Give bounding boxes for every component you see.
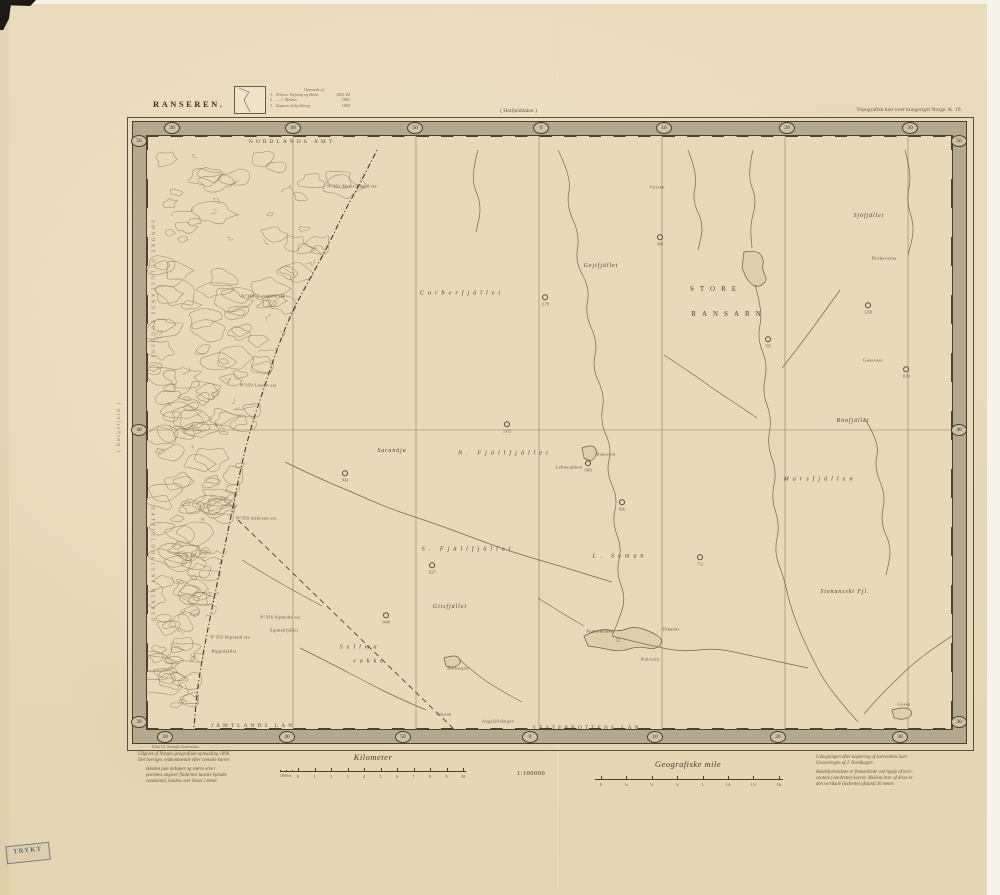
map-label: N°358 Anhosen sta	[236, 516, 277, 521]
elevation-value: 712	[697, 561, 703, 566]
map-label: Lebnespiken	[556, 465, 583, 470]
contour-line	[224, 310, 245, 320]
elevation-value: 1127	[428, 569, 436, 574]
scale-bar-tick-label: 1½	[751, 782, 756, 787]
contour-line	[154, 319, 176, 332]
elevation-value: 826	[619, 506, 625, 511]
terrain-stroke	[201, 557, 222, 563]
contour-line	[196, 392, 209, 402]
terrain-stroke	[159, 330, 163, 335]
elevation-point: 1127	[428, 562, 436, 574]
scale-bar-tick	[779, 776, 780, 780]
elevation-point: 1178	[541, 294, 549, 306]
publisher-note: Udgivet af Norges geografiske opmaaling …	[138, 752, 230, 764]
grid-number-top: 10	[656, 122, 672, 134]
contour-line	[280, 262, 313, 282]
contour-line	[181, 557, 206, 570]
elevation-value: 1103	[902, 373, 910, 378]
map-label: vakke	[353, 658, 387, 665]
border-source-note: Efter Gl. Svenske Kartverker.	[152, 744, 199, 749]
scale-bar-subtick	[292, 770, 293, 773]
map-label: Kultsjön	[641, 657, 659, 662]
contour-line	[235, 463, 244, 468]
contour-line	[298, 174, 325, 188]
grid-number-bottom: 10	[647, 731, 663, 743]
terrain-stroke	[227, 237, 233, 241]
contour-line	[170, 189, 183, 196]
scale-bar-tick	[677, 776, 678, 780]
map-label: Borkasjön	[447, 666, 469, 671]
amt-label: NORDLANDS AMT	[249, 139, 335, 145]
contour-line	[196, 283, 234, 298]
terrain-stroke	[227, 502, 237, 508]
river	[285, 462, 612, 582]
contour-line	[156, 152, 177, 167]
map-label: Stenunsskt Fjl.	[820, 589, 869, 595]
contour-line	[193, 495, 231, 514]
terrain-stroke	[234, 405, 256, 410]
terrain-stroke	[208, 592, 218, 595]
elevation-point: 1258	[864, 302, 872, 314]
contour-line	[228, 306, 249, 316]
map-label: Sellma	[340, 644, 381, 651]
terrain-stroke	[172, 577, 178, 585]
map-label: Gitsfjället	[433, 604, 467, 610]
terrain-stroke	[213, 198, 219, 204]
elevation-value: 1178	[541, 301, 549, 306]
elevation-symbol	[903, 366, 909, 372]
elevation-point: 1046	[382, 612, 390, 624]
elevation-point: 1312	[503, 421, 511, 433]
lake	[582, 446, 597, 461]
contour-line	[270, 296, 295, 314]
scale-bar-tick-label: ¼	[625, 782, 628, 787]
scale-bar-tick	[331, 768, 332, 772]
contour-line	[175, 222, 198, 233]
map-label: Gausvare	[863, 358, 883, 363]
elevation-point: 826	[619, 499, 625, 511]
contour-line	[198, 175, 236, 193]
elevation-symbol	[383, 612, 389, 618]
map-label: Ranseren	[596, 452, 616, 457]
contour-line	[147, 365, 159, 371]
mile-scale-title: Geografiske mile	[655, 759, 721, 769]
district-label-left-bottom: HATFJELDDALENS HERRED	[150, 506, 155, 624]
contour-line	[233, 370, 248, 379]
map-label: Rönfjället	[837, 418, 870, 424]
terrain-stroke	[172, 209, 194, 216]
contour-line	[163, 198, 178, 207]
scale-bar-tick	[397, 768, 398, 772]
scale-bar-tick	[381, 768, 382, 772]
scale-bar-tick	[447, 768, 448, 772]
adjoining-sheet-left: ( Børgefjeld )	[116, 402, 122, 453]
contour-line	[206, 475, 220, 483]
scale-bar-tick-label: 1¼	[725, 782, 730, 787]
elevation-symbol	[765, 336, 771, 342]
map-label: Gösen	[897, 702, 910, 707]
contour-line	[188, 218, 201, 225]
contour-line	[191, 201, 238, 223]
map-label: N. Fjällfjället	[458, 450, 552, 457]
scale-bar-tick	[463, 768, 464, 772]
scale-bar-line	[280, 771, 466, 772]
contour-line	[189, 308, 222, 329]
map-label: Gäutan	[436, 712, 451, 717]
map-label: Rippafjället	[211, 649, 236, 654]
contour-line	[196, 344, 210, 354]
contour-line	[215, 288, 254, 313]
grid-number-bottom: 30	[157, 731, 173, 743]
elevation-point: 968	[657, 234, 663, 246]
km-scale-title: Kilometer	[354, 752, 393, 762]
contour-line	[227, 327, 251, 340]
grid-number-top: 30	[902, 122, 918, 134]
grid-number-right: 40	[951, 424, 967, 436]
scale-bar-tick-label: 6	[396, 774, 398, 779]
grid-number-left: 40	[131, 424, 147, 436]
terrain-stroke	[201, 518, 204, 521]
terrain-stroke	[192, 154, 196, 158]
contour-line	[267, 213, 274, 216]
scale-bar-tick-label: 5	[379, 774, 381, 779]
elevation-symbol	[504, 421, 510, 427]
map-label: L. Seman	[592, 553, 647, 560]
grid-number-left: 50	[131, 135, 147, 147]
map-label: N°361 Marsvikfjeld sta	[327, 184, 377, 189]
elevation-symbol	[865, 302, 871, 308]
elevation-point: 1103	[902, 366, 910, 378]
scale-bar-tick-label: 9	[445, 774, 447, 779]
grid-number-bottom: 0	[522, 731, 538, 743]
scale-bar-tick	[298, 768, 299, 772]
terrain-stroke	[183, 367, 190, 374]
elevation-symbol	[697, 554, 703, 560]
scale-bar-tick	[414, 768, 415, 772]
scale-bar-unit: 5000 m	[280, 774, 292, 778]
mile-scale-bar: 0¼½¾11¼1½1¾	[595, 773, 783, 789]
river	[460, 660, 522, 702]
lake	[742, 251, 766, 286]
contour-line	[157, 425, 178, 442]
terrain-stroke	[282, 185, 293, 191]
map-label: STORE	[690, 285, 742, 293]
river	[538, 598, 584, 626]
contour-line	[198, 168, 224, 183]
engraver-note: Udtegningen efter kopiering af kartverke…	[816, 755, 976, 767]
grid-number-right: 50	[951, 135, 967, 147]
elevation-point: 712	[697, 554, 703, 566]
contour-line	[276, 266, 297, 279]
scale-bar-tick	[364, 768, 365, 772]
river	[473, 150, 480, 232]
scale-bar-tick-label: 8	[429, 774, 431, 779]
elevation-symbol	[542, 294, 548, 300]
map-label: Fatmomakke	[587, 629, 614, 634]
grid-number-right: 30	[951, 716, 967, 728]
district-label-left-top: SØNDRE HELGELANDS FOGDERI	[150, 220, 155, 360]
contour-line	[155, 448, 164, 453]
contour-line	[305, 236, 329, 255]
map-label: Carberfjället	[420, 290, 504, 297]
terrain-stroke	[305, 260, 314, 266]
contour-note: Høideforholdene er fremstillede ved hjæl…	[816, 770, 976, 789]
contour-line	[154, 286, 183, 304]
lake-island	[616, 638, 619, 641]
contour-line	[195, 448, 229, 472]
contour-line	[183, 397, 191, 401]
elevation-symbol	[657, 234, 663, 240]
terrain-stroke	[181, 611, 184, 614]
contour-line	[215, 412, 247, 429]
contour-line	[178, 236, 189, 243]
map-label: N°356 Sipmeke sta	[260, 615, 301, 620]
contour-line	[154, 575, 174, 587]
contour-line	[190, 320, 225, 342]
grid-number-bottom: 30	[892, 731, 908, 743]
scale-bar-tick	[430, 768, 431, 772]
map-label: N°360 Bonnfjeld sta	[241, 294, 285, 299]
scale-bar-tick	[753, 776, 754, 780]
terrain-stroke	[225, 378, 231, 384]
river	[864, 628, 964, 714]
elevation-symbol	[585, 460, 591, 466]
contour-line	[141, 341, 174, 360]
elevation-value: 968	[657, 241, 663, 246]
contour-line	[299, 226, 310, 231]
grid-number-left: 30	[131, 716, 147, 728]
publisher-line: Det Sveriges vedkommende efter svenske k…	[138, 758, 230, 764]
contour-line	[183, 502, 201, 514]
map-label: Saranäja	[377, 448, 406, 454]
map-label: N°359 Lassen sta	[239, 383, 276, 388]
elevation-symbol	[429, 562, 435, 568]
map-label: N°355 Ripsund sta	[210, 635, 250, 640]
contour-line	[248, 335, 269, 347]
elevation-value: 1258	[864, 309, 872, 314]
contour-line	[223, 466, 242, 485]
scale-bar-tick-label: 1	[702, 782, 704, 787]
contour-line	[220, 431, 228, 434]
grid-number-top: 20	[779, 122, 795, 134]
map-label: Gejtfjället	[584, 263, 619, 269]
terrain-stroke	[264, 239, 269, 244]
terrain-stroke	[210, 209, 216, 214]
contour-line	[171, 515, 185, 522]
national-border	[194, 150, 377, 727]
elevation-value: 1046	[382, 619, 390, 624]
map-label: Sipmekfjället	[270, 628, 299, 633]
elevation-value: 934	[342, 477, 348, 482]
contour-line	[218, 346, 254, 369]
contour-line	[209, 408, 241, 424]
contour-line	[173, 637, 193, 650]
scale-bar-tick-label: ¾	[676, 782, 679, 787]
river	[688, 150, 702, 250]
scanned-map-page: { "palette":{"paper":"#e9dcbd","band":"#…	[0, 0, 1000, 895]
elevation-point: 934	[342, 470, 348, 482]
scale-bar-tick-label: 7	[412, 774, 414, 779]
elevation-value: 1312	[503, 428, 511, 433]
scale-bar-tick-label: 1	[313, 774, 315, 779]
contour-line	[164, 472, 194, 490]
contour-line	[193, 592, 210, 600]
contour-line	[266, 162, 286, 173]
scale-bar-tick-label: 2	[330, 774, 332, 779]
scale-bar-tick	[652, 776, 653, 780]
terrain-stroke	[232, 398, 235, 403]
scale-ratio: 1:100000	[517, 770, 546, 777]
scale-bar-subtick	[286, 770, 287, 773]
elevation-line: vandstand, høiden over havet i meter.	[146, 779, 227, 785]
contour-line	[179, 699, 187, 703]
map-label: Angfjällsången	[482, 719, 514, 724]
scale-bar-tick	[348, 768, 349, 772]
scale-bar-tick	[315, 768, 316, 772]
grid-number-bottom: 50	[395, 731, 411, 743]
scale-bar-tick-label: 0	[600, 782, 602, 787]
scale-bar-tick-label: 4	[363, 774, 365, 779]
river	[782, 290, 840, 368]
map-label: S. Fjällfjället	[422, 546, 515, 553]
scale-bar-tick	[601, 776, 602, 780]
terrain-stroke	[266, 314, 271, 321]
grid-number-top: 30	[164, 122, 180, 134]
contour-line	[294, 192, 308, 201]
contour-line	[169, 614, 193, 631]
river	[905, 150, 913, 255]
scale-bar-tick	[703, 776, 704, 780]
jamtland-label: JÄMTLANDS LÄN	[211, 723, 295, 729]
scale-bar-line	[595, 779, 783, 780]
grid-number-top: 40	[285, 122, 301, 134]
contour-line	[232, 324, 252, 337]
grid-number-bottom: 20	[770, 731, 786, 743]
contour-line	[171, 703, 182, 708]
river	[558, 150, 624, 636]
grid-number-top: 50	[407, 122, 423, 134]
river	[750, 150, 755, 248]
engraver-line: Graveringen af J. Nordhagen.	[816, 761, 976, 767]
contour-line	[172, 543, 183, 549]
contour-line	[178, 585, 213, 605]
contour-line	[165, 229, 175, 236]
scale-bar-tick-label: 10	[461, 774, 465, 779]
map-label: Marsfjällen	[784, 476, 857, 483]
contour-line	[139, 677, 183, 695]
river	[755, 285, 858, 722]
elevation-symbol	[342, 470, 348, 476]
contour-line	[153, 668, 177, 678]
contour-line	[181, 300, 202, 309]
contour-line	[219, 359, 229, 365]
contour-line	[252, 151, 274, 166]
map-label: Dorkavarna	[872, 256, 897, 261]
map-label: Dikanäs	[662, 627, 679, 632]
lake	[892, 708, 912, 719]
scale-bar-tick-label: 1¾	[776, 782, 781, 787]
elevation-point: 785	[765, 336, 771, 348]
elevation-value: 785	[765, 343, 771, 348]
map-label: RANSARN	[691, 310, 766, 318]
contour-line	[158, 444, 184, 461]
elevation-point: 1083	[584, 460, 592, 472]
scale-bar-tick-label: 0	[297, 774, 299, 779]
contour-line-note: den vertikale (lodrette) afstand 30 mete…	[816, 782, 976, 788]
contour-line	[149, 484, 183, 502]
grid-number-bottom: 40	[279, 731, 295, 743]
contour-line	[188, 168, 221, 186]
elevation-note: Høiden paa indsjøer og større elve ipare…	[146, 767, 227, 786]
map-label: Sjöfjället	[854, 213, 885, 219]
scale-bar-subtick	[280, 770, 281, 773]
river	[864, 418, 890, 575]
scale-bar-tick-label: 3	[346, 774, 348, 779]
river	[664, 355, 757, 418]
contour-line	[261, 227, 288, 242]
scale-bar-tick	[626, 776, 627, 780]
vasterbotten-label: VESTERBOTTENS LÄN	[532, 725, 641, 731]
contour-line	[173, 477, 191, 489]
contour-line	[167, 261, 194, 279]
terrain-stroke	[191, 445, 194, 447]
km-scale-bar: 0123456789105000 m	[280, 765, 466, 781]
grid-number-top: 0	[533, 122, 549, 134]
map-label: Virisen	[649, 185, 664, 190]
scale-bar-tick-label: ½	[650, 782, 653, 787]
elevation-value: 1083	[584, 467, 592, 472]
contour-line	[163, 412, 180, 421]
elevation-symbol	[619, 499, 625, 505]
river	[242, 560, 322, 606]
scale-bar-tick	[728, 776, 729, 780]
